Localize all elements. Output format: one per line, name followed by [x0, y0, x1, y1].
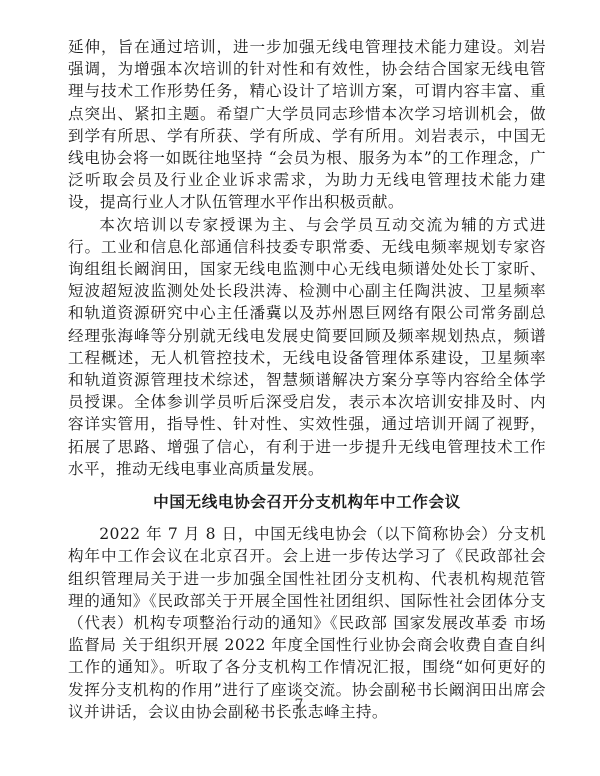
document-body: 延伸，旨在通过培训，进一步加强无线电管理技术能力建设。刘岩强调，为增强本次培训的…: [68, 36, 546, 723]
paragraph-meeting-summary: 2022 年 7 月 8 日，中国无线电协会（以下简称协会）分支机构年中工作会议…: [68, 523, 546, 723]
document-page: 延伸，旨在通过培训，进一步加强无线电管理技术能力建设。刘岩强调，为增强本次培训的…: [0, 0, 600, 776]
section-title: 中国无线电协会召开分支机构年中工作会议: [68, 491, 546, 513]
page-number: - 7 -: [0, 697, 600, 713]
paragraph-training-purpose: 延伸，旨在通过培训，进一步加强无线电管理技术能力建设。刘岩强调，为增强本次培训的…: [68, 36, 546, 214]
paragraph-training-format: 本次培训以专家授课为主、与会学员互动交流为辅的方式进行。工业和信息化部通信科技委…: [68, 214, 546, 480]
